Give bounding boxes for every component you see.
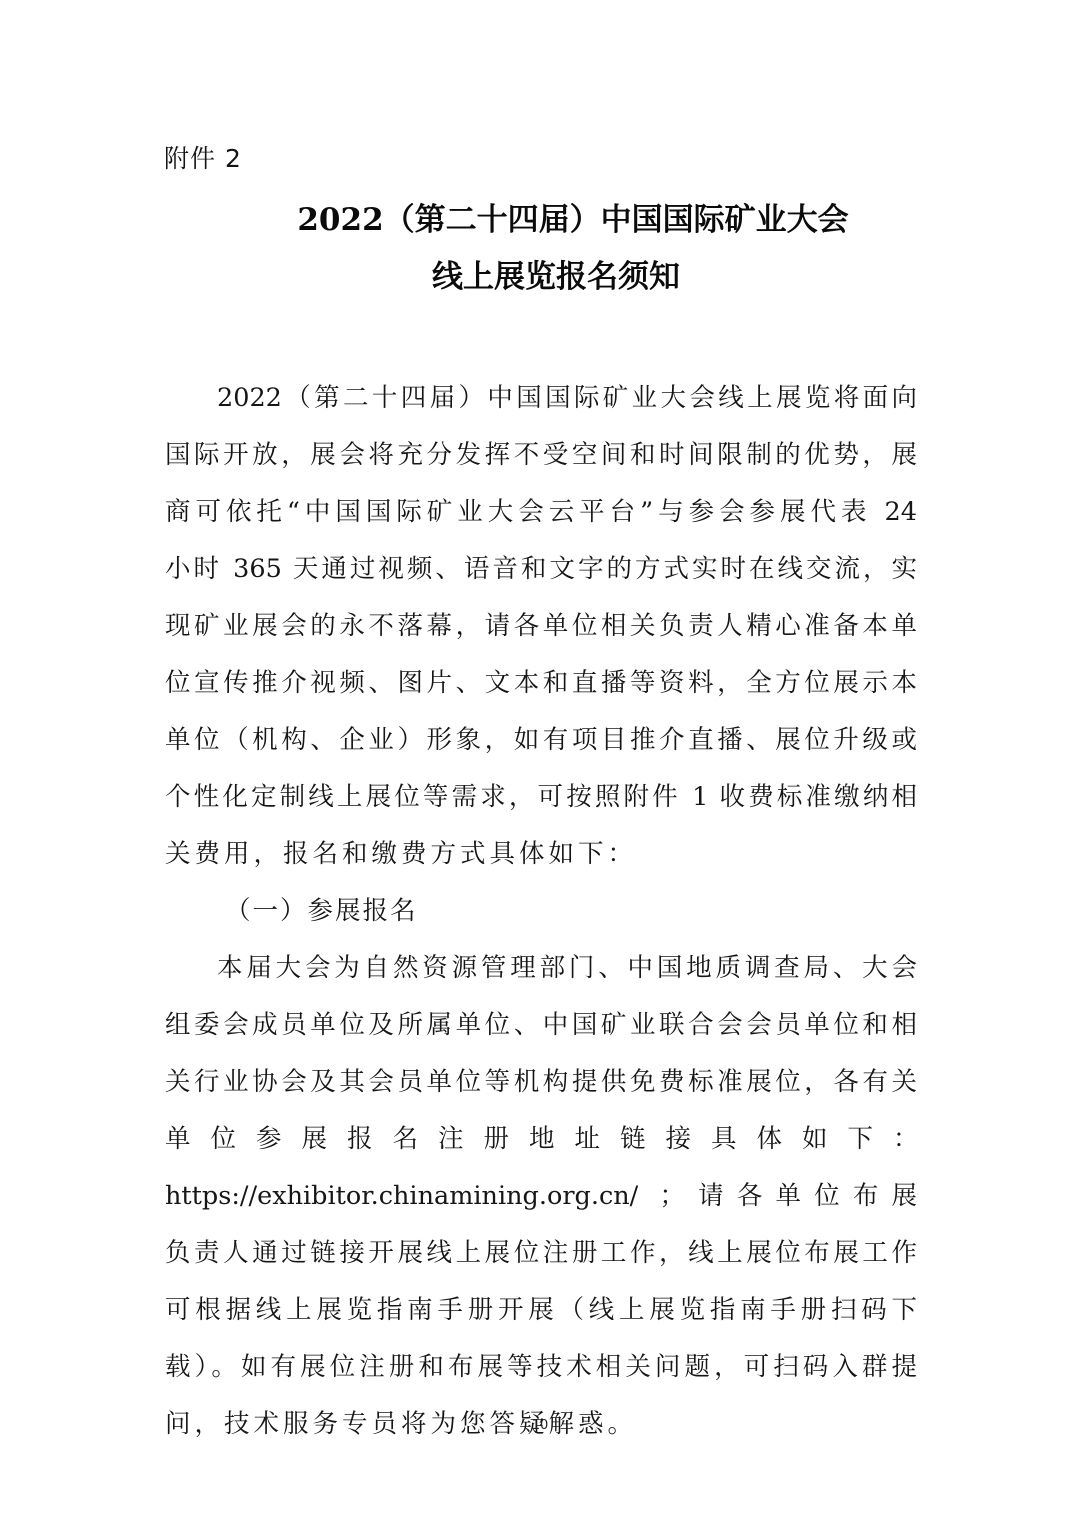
paragraph-1-line: 位宣传推介视频、图片、文本和直播等资料，全方位展示本	[165, 663, 917, 703]
paragraph-1-line: 个性化定制线上展位等需求，可按照附件 1 收费标准缴纳相	[165, 777, 917, 817]
section-1-line: 组委会成员单位及所属单位、中国矿业联合会会员单位和相	[165, 1005, 917, 1045]
paragraph-1-line: 商可依托“中国国际矿业大会云平台”与参会参展代表 24	[165, 492, 917, 532]
paragraph-1-line: 国际开放，展会将充分发挥不受空间和时间限制的优势，展	[165, 435, 917, 475]
section-1-line: 关行业协会及其会员单位等机构提供免费标准展位，各有关	[165, 1062, 917, 1102]
paragraph-1-line: 现矿业展会的永不落幕，请各单位相关负责人精心准备本单	[165, 606, 917, 646]
paragraph-1-line: 2022（第二十四届）中国国际矿业大会线上展览将面向	[217, 378, 917, 418]
paragraph-1-line: 关费用，报名和缴费方式具体如下：	[165, 834, 637, 874]
section-heading: （一）参展报名	[225, 891, 418, 931]
registration-link-line[interactable]: https://exhibitor.chinamining.org.cn/ ；请…	[165, 1176, 917, 1216]
section-1-line: 单位参展报名注册地址链接具体如下：	[165, 1119, 917, 1159]
attachment-label: 附件 2	[164, 142, 242, 176]
document-title-line-2: 线上展览报名须知	[16, 251, 1080, 296]
section-1-line: 本届大会为自然资源管理部门、中国地质调查局、大会	[217, 948, 917, 988]
paragraph-1-line: 小时 365 天通过视频、语音和文字的方式实时在线交流，实	[165, 549, 917, 589]
paragraph-1-line: 单位（机构、企业）形象，如有项目推介直播、展位升级或	[165, 720, 917, 760]
document-page: 附件 2 2022（第二十四届）中国国际矿业大会 线上展览报名须知 2022（第…	[0, 0, 1080, 1528]
section-1-line: 载）。如有展位注册和布展等技术相关问题，可扫码入群提	[165, 1347, 917, 1387]
page-number: 10	[0, 1418, 1080, 1433]
document-title-line-1: 2022（第二十四届）中国国际矿业大会	[33, 194, 1080, 239]
section-1-line: 负责人通过链接开展线上展位注册工作，线上展位布展工作	[165, 1233, 917, 1273]
section-1-line: 可根据线上展览指南手册开展（线上展览指南手册扫码下	[165, 1290, 917, 1330]
